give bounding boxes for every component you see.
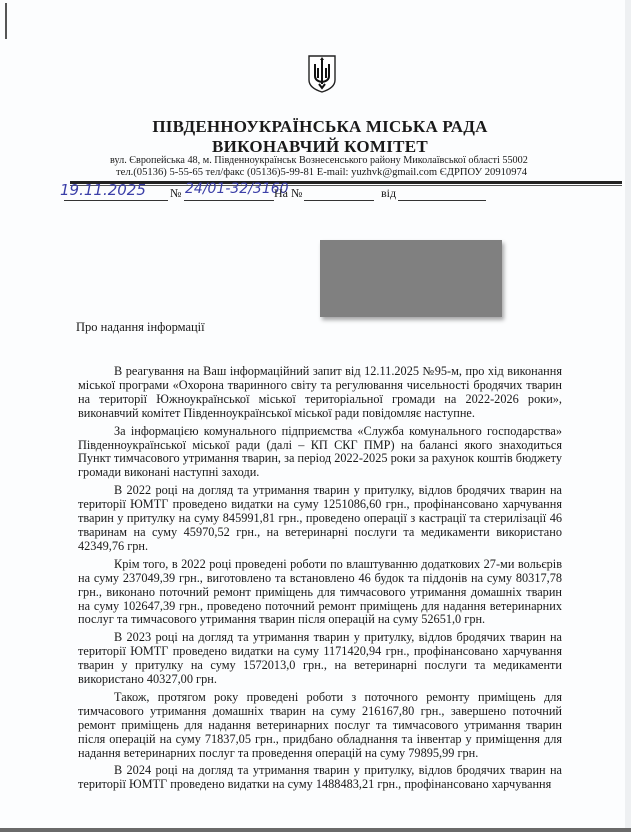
- redacted-addressee: [320, 240, 502, 317]
- reference-from-label: від: [381, 186, 396, 201]
- paragraph: В 2024 році на догляд та утримання твари…: [78, 764, 562, 792]
- org-address: вул. Європейська 48, м. Південноукраїнсь…: [110, 155, 528, 166]
- handwritten-date: 19.11.2025: [60, 181, 146, 199]
- reference-blank: [304, 200, 374, 201]
- org-name: ПІВДЕННОУКРАЇНСЬКА МІСЬКА РАДА: [0, 117, 631, 137]
- paragraph: В 2023 році на догляд та утримання твари…: [78, 631, 562, 687]
- paragraph: За інформацією комунального підприємства…: [78, 425, 562, 481]
- date-blank: [64, 200, 168, 201]
- document-page: ПІВДЕННОУКРАЇНСЬКА МІСЬКА РАДА ВИКОНАВЧИ…: [0, 0, 631, 832]
- reference-date-blank: [398, 200, 486, 201]
- letter-body: В реагування на Ваш інформаційний запит …: [78, 365, 562, 796]
- letter-subject: Про надання інформації: [76, 320, 205, 335]
- number-label: №: [170, 186, 181, 201]
- header-divider: [70, 181, 622, 184]
- org-contacts: тел.(05136) 5-55-65 тел/факс (05136)5-99…: [116, 167, 527, 178]
- number-blank: [184, 200, 274, 201]
- paragraph: В реагування на Ваш інформаційний запит …: [78, 365, 562, 421]
- paragraph: Крім того, в 2022 році проведені роботи …: [78, 558, 562, 628]
- paragraph: В 2022 році на догляд та утримання твари…: [78, 484, 562, 554]
- paragraph: Також, протягом року проведені роботи з …: [78, 691, 562, 761]
- org-body: ВИКОНАВЧИЙ КОМІТЕТ: [0, 137, 631, 157]
- reference-label: На №: [274, 186, 302, 201]
- viewer-bottom-edge: [0, 828, 631, 832]
- trident-coat-of-arms-icon: [307, 54, 337, 94]
- header-divider-thin: [70, 185, 622, 186]
- scan-edge-mark: [5, 3, 7, 39]
